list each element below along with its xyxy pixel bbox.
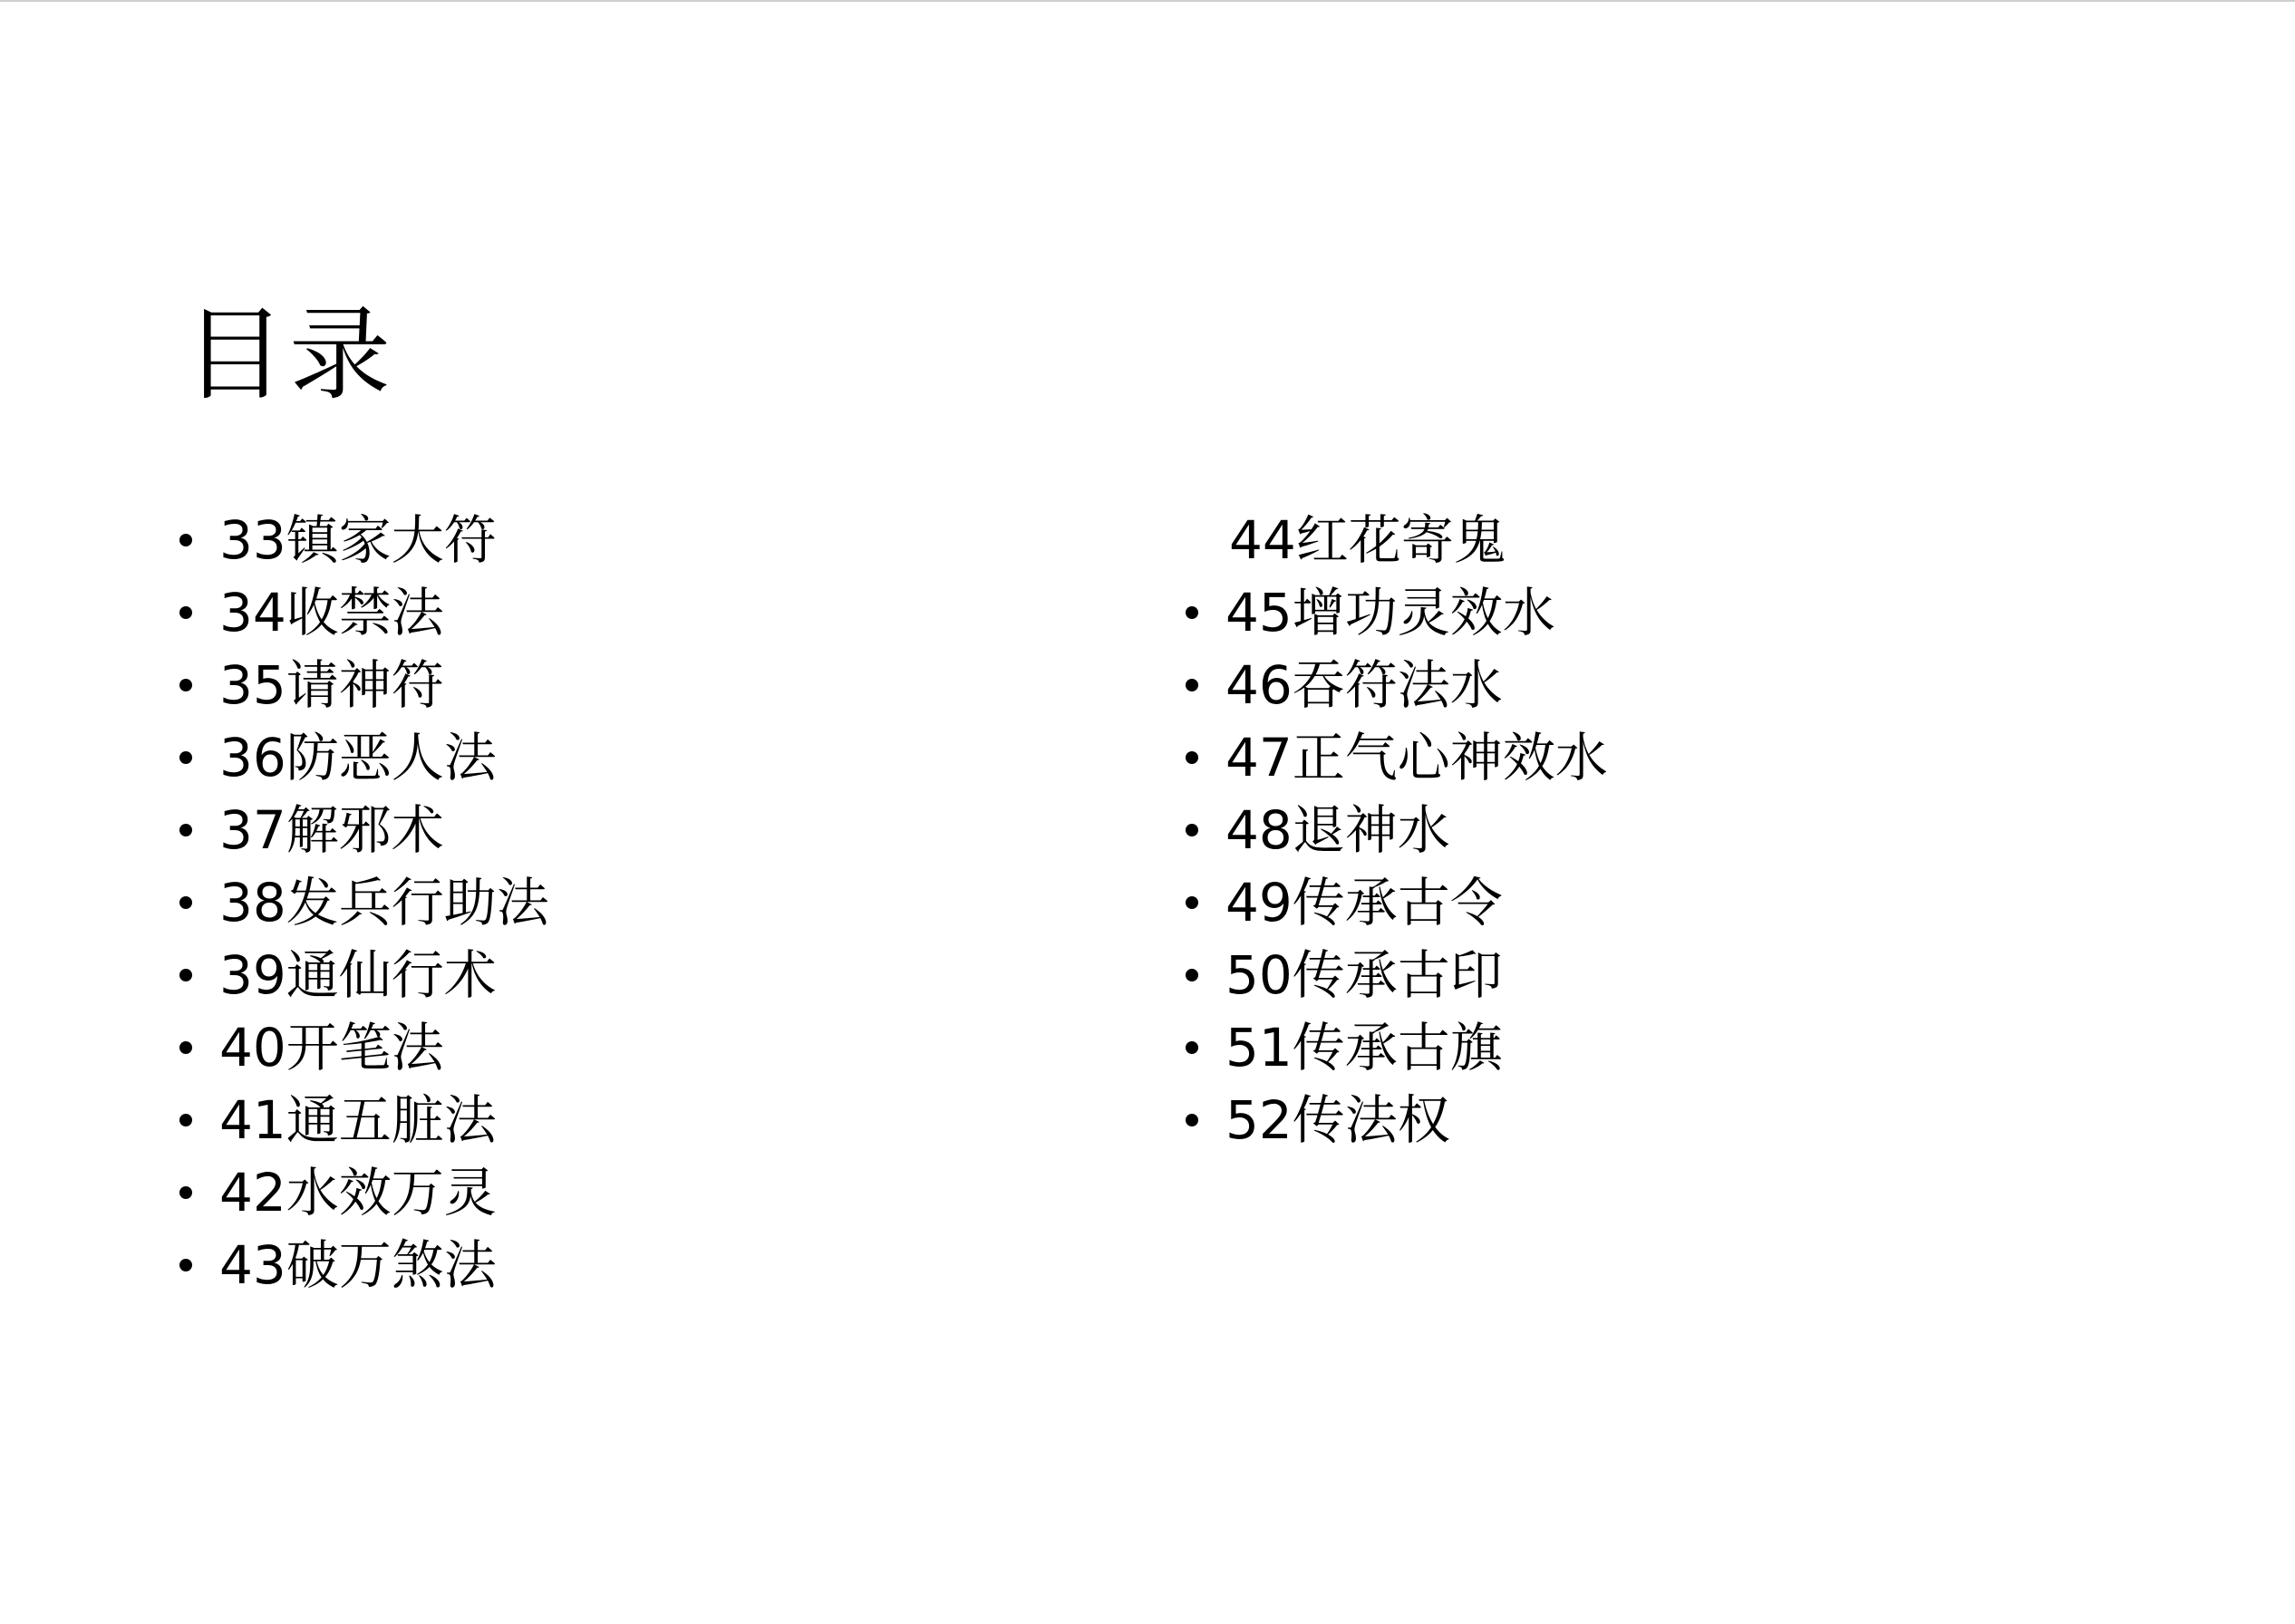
toc-item-label: 36防恶人法 bbox=[219, 727, 497, 788]
toc-item: 45增功灵效水 bbox=[1178, 576, 1608, 649]
toc-item: 41通五脏法 bbox=[172, 1084, 549, 1156]
toc-item-label: 50传承古印 bbox=[1225, 944, 1503, 1006]
toc-item-label: 45增功灵效水 bbox=[1225, 582, 1555, 643]
bullet-icon bbox=[1186, 824, 1198, 836]
toc-item: 49传承古令 bbox=[1178, 866, 1608, 939]
bullet-icon bbox=[1186, 969, 1198, 981]
toc-item-label: 37解邪术 bbox=[219, 799, 444, 861]
bullet-icon bbox=[1186, 1114, 1198, 1126]
toc-item-label: 40开笔法 bbox=[219, 1017, 444, 1078]
toc-item: 50传承古印 bbox=[1178, 939, 1608, 1011]
bullet-icon bbox=[1186, 679, 1198, 691]
toc-item-label: 33镇家大符 bbox=[219, 509, 497, 571]
toc-item-label: 41通五脏法 bbox=[219, 1089, 497, 1151]
toc-item: 37解邪术 bbox=[172, 794, 549, 866]
toc-item: 38发兵行助法 bbox=[172, 866, 549, 939]
page-title: 目录 bbox=[184, 292, 394, 419]
toc-right-column: 44红花寄鬼 45增功灵效水 46吞符法水 47正气心神效水 48退神水 49传… bbox=[1178, 504, 1608, 1156]
bullet-icon bbox=[179, 606, 192, 619]
toc-item-label: 48退神水 bbox=[1225, 799, 1450, 861]
toc-item-label: 35请神符 bbox=[219, 654, 444, 716]
bullet-icon bbox=[1186, 606, 1198, 619]
bullet-icon bbox=[179, 1186, 192, 1199]
bullet-icon bbox=[179, 969, 192, 981]
toc-item-label: 49传承古令 bbox=[1225, 872, 1503, 933]
top-border bbox=[0, 0, 2295, 2]
toc-item-label: 44红花寄鬼 bbox=[1229, 509, 1506, 571]
bullet-icon bbox=[1186, 1041, 1198, 1054]
toc-item: 36防恶人法 bbox=[172, 721, 549, 794]
bullet-icon bbox=[179, 751, 192, 764]
bullet-icon bbox=[179, 534, 192, 546]
bullet-icon bbox=[179, 824, 192, 836]
toc-item: 40开笔法 bbox=[172, 1011, 549, 1084]
toc-item: 34收禁法 bbox=[172, 576, 549, 649]
toc-item: 39通仙行术 bbox=[172, 939, 549, 1011]
toc-item: 44红花寄鬼 bbox=[1178, 504, 1608, 576]
bullet-icon bbox=[179, 679, 192, 691]
bullet-icon bbox=[179, 1259, 192, 1271]
toc-item: 51传承古旗 bbox=[1178, 1011, 1608, 1084]
toc-item-label: 39通仙行术 bbox=[219, 944, 497, 1006]
toc-item-label: 38发兵行助法 bbox=[219, 872, 549, 933]
toc-item-label: 42水效万灵 bbox=[219, 1162, 497, 1223]
toc-item: 46吞符法水 bbox=[1178, 649, 1608, 721]
toc-item: 35请神符 bbox=[172, 649, 549, 721]
bullet-icon bbox=[179, 1041, 192, 1054]
toc-item-label: 47正气心神效水 bbox=[1225, 727, 1608, 788]
toc-item: 48退神水 bbox=[1178, 794, 1608, 866]
toc-item-label: 46吞符法水 bbox=[1225, 654, 1503, 716]
toc-item: 47正气心神效水 bbox=[1178, 721, 1608, 794]
bullet-icon bbox=[179, 1114, 192, 1126]
toc-item: 43破万煞法 bbox=[172, 1229, 549, 1301]
toc-item: 52传法权 bbox=[1178, 1084, 1608, 1156]
toc-item: 33镇家大符 bbox=[172, 504, 549, 576]
toc-item-label: 43破万煞法 bbox=[219, 1234, 497, 1296]
toc-item-label: 51传承古旗 bbox=[1225, 1017, 1503, 1078]
bullet-icon bbox=[1186, 896, 1198, 909]
bullet-icon bbox=[1186, 751, 1198, 764]
toc-item-label: 34收禁法 bbox=[219, 582, 444, 643]
toc-item-label: 52传法权 bbox=[1225, 1089, 1450, 1151]
bullet-icon bbox=[179, 896, 192, 909]
toc-item: 42水效万灵 bbox=[172, 1156, 549, 1229]
toc-left-column: 33镇家大符 34收禁法 35请神符 36防恶人法 37解邪术 38发兵行助法 … bbox=[172, 504, 549, 1301]
